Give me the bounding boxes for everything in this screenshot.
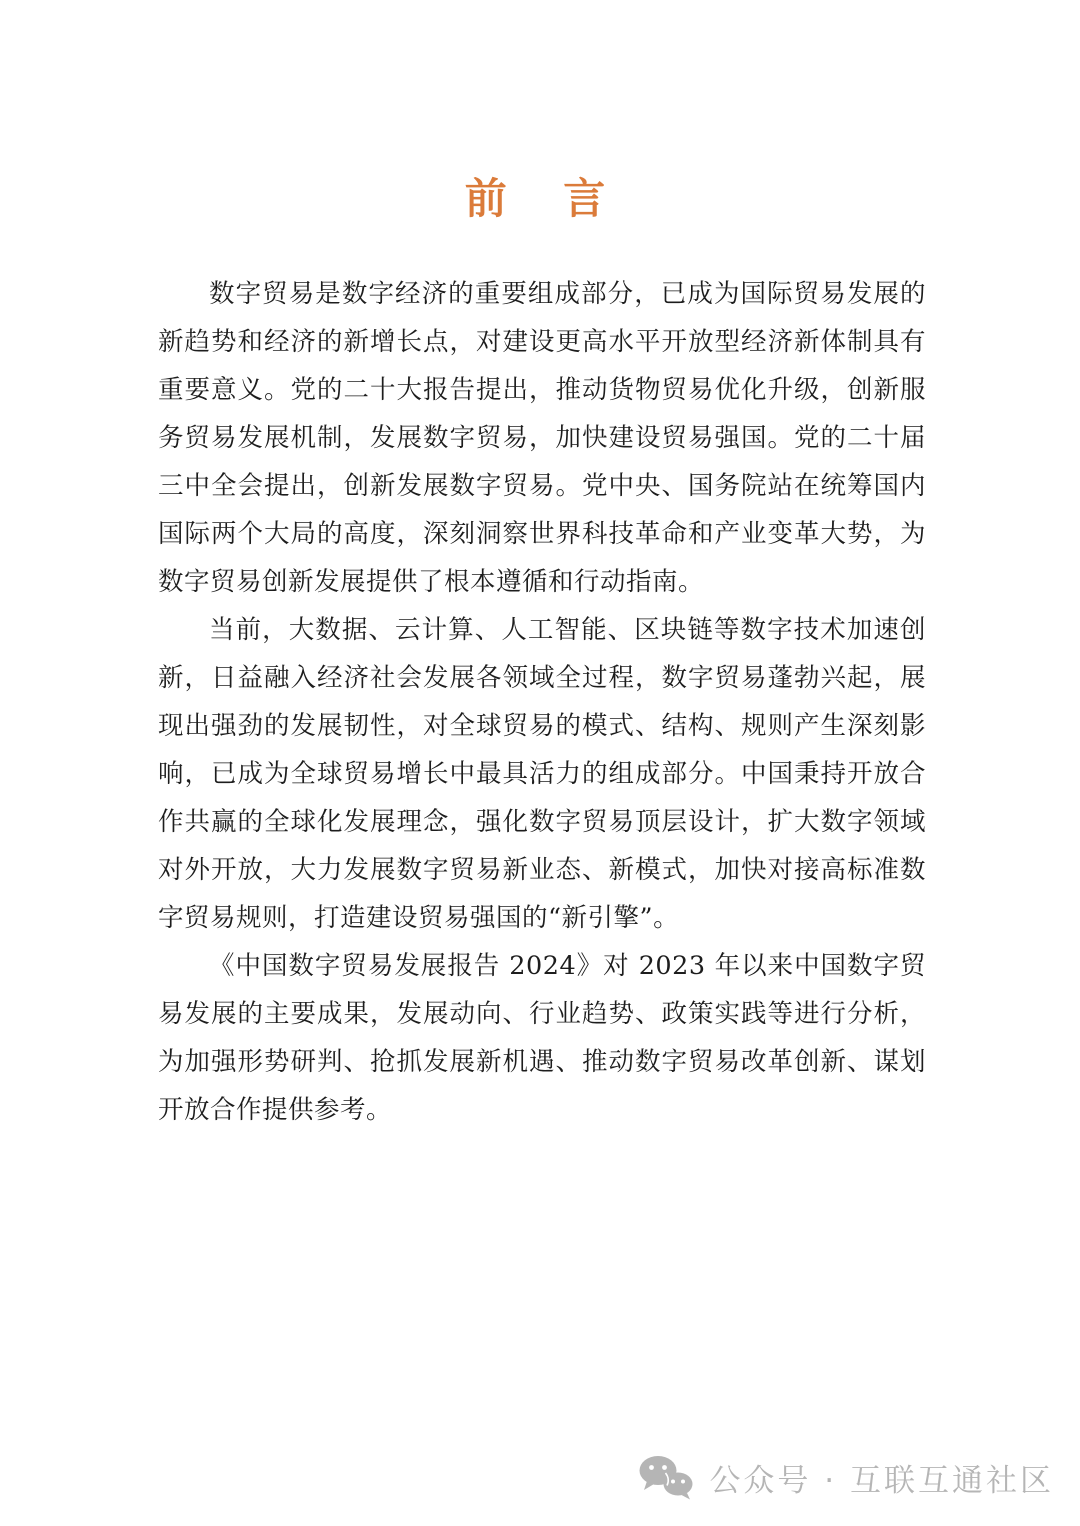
watermark-label: 公众号 · 互联互通社区 bbox=[709, 1455, 1054, 1500]
wechat-icon bbox=[637, 1454, 695, 1500]
preface-paragraph-2: 当前，大数据、云计算、人工智能、区块链等数字技术加速创新，日益融入经济社会发展各… bbox=[158, 606, 926, 942]
page-title: 前 言 bbox=[0, 166, 1080, 226]
document-page: 前 言 数字贸易是数字经济的重要组成部分，已成为国际贸易发展的新趋势和经济的新增… bbox=[0, 0, 1080, 1526]
preface-body: 数字贸易是数字经济的重要组成部分，已成为国际贸易发展的新趋势和经济的新增长点，对… bbox=[158, 270, 926, 1134]
preface-paragraph-3: 《中国数字贸易发展报告 2024》对 2023 年以来中国数字贸易发展的主要成果… bbox=[158, 942, 926, 1134]
preface-paragraph-1: 数字贸易是数字经济的重要组成部分，已成为国际贸易发展的新趋势和经济的新增长点，对… bbox=[158, 270, 926, 606]
watermark: 公众号 · 互联互通社区 bbox=[637, 1454, 1054, 1500]
